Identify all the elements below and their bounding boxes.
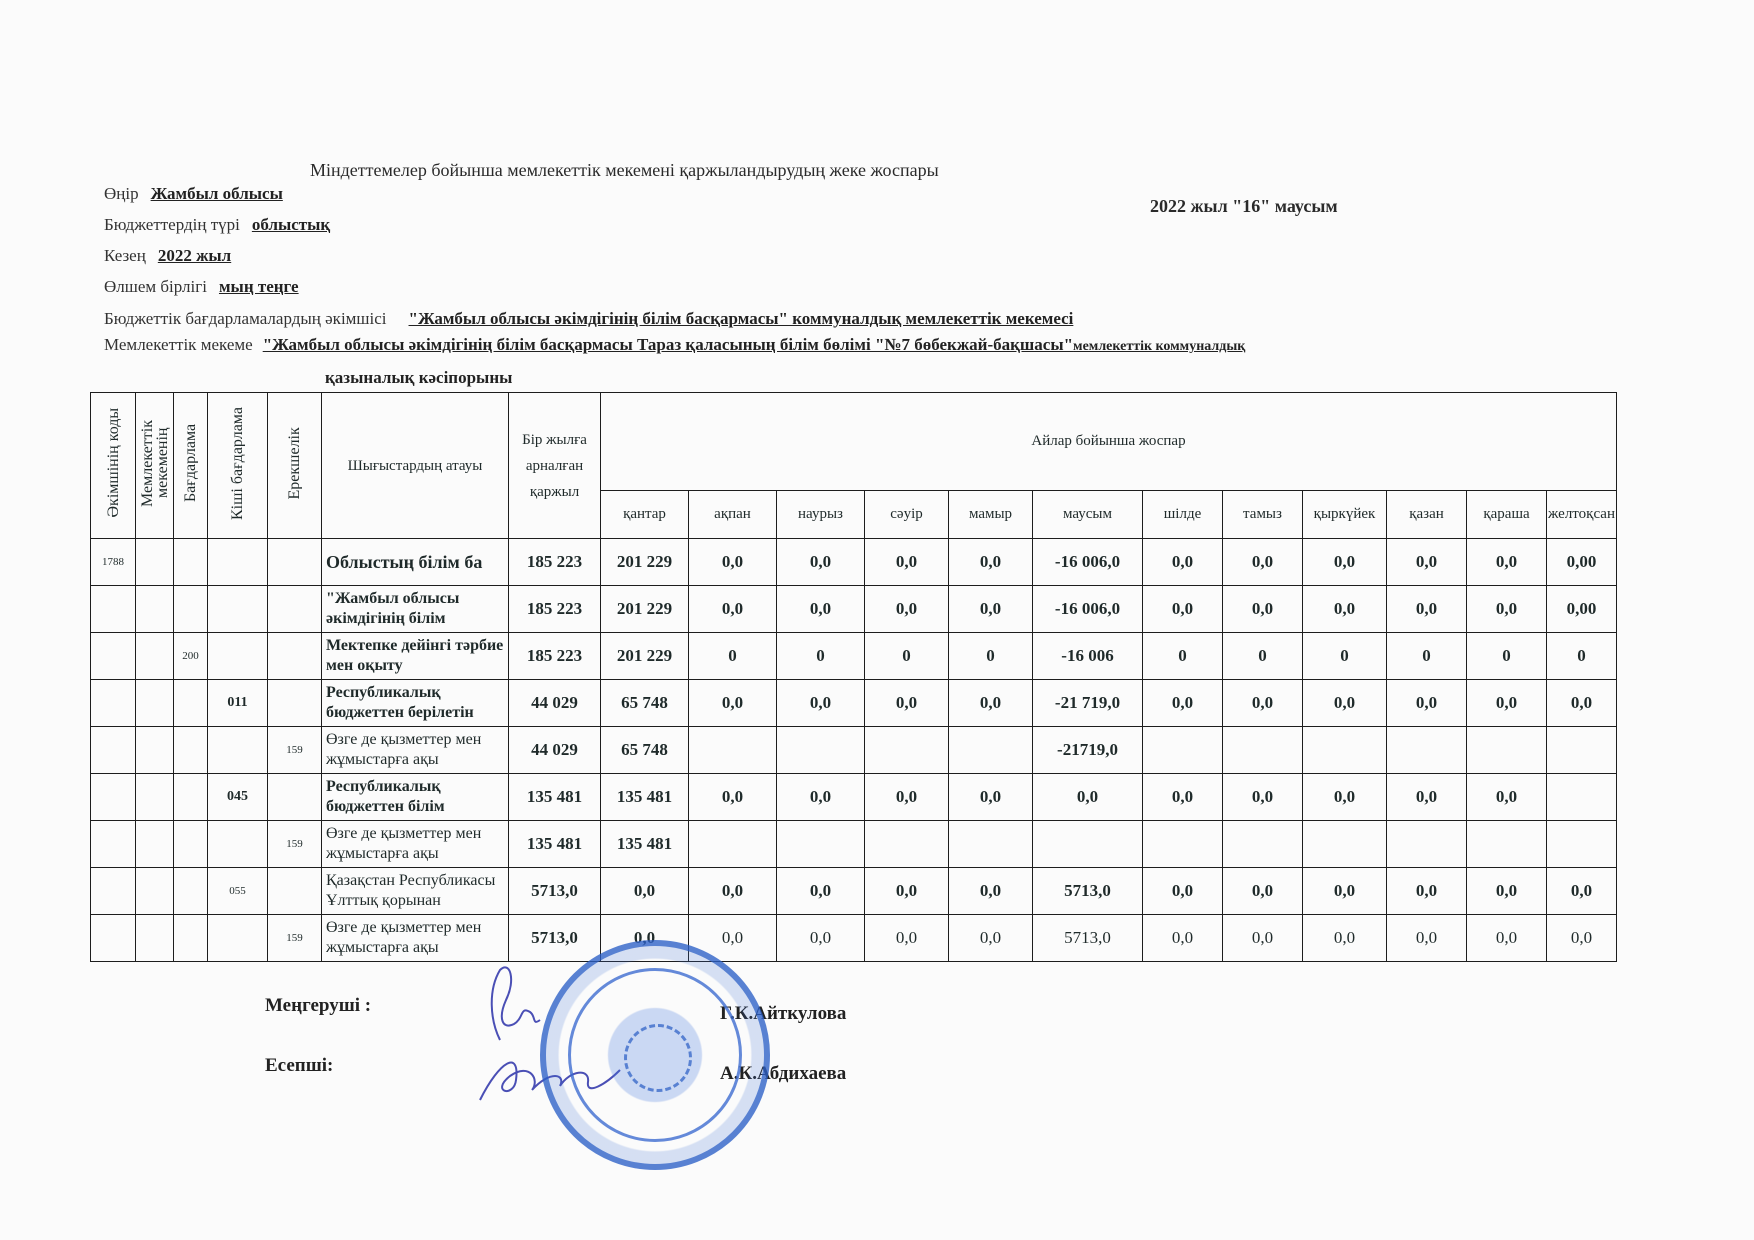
cell-month-value (1547, 821, 1617, 868)
cell-month-value: 0 (1467, 633, 1547, 680)
cell-program (174, 727, 208, 774)
month-header: қыркүйек (1303, 491, 1387, 539)
cell-month-value (1143, 727, 1223, 774)
cell-month-value: 0,0 (1143, 868, 1223, 915)
cell-specific: 159 (268, 915, 322, 962)
cell-month-value: 0,0 (777, 868, 865, 915)
cell-annual-amount: 185 223 (509, 633, 601, 680)
cell-program (174, 821, 208, 868)
cell-specific (268, 680, 322, 727)
cell-month-value: 0,0 (1143, 539, 1223, 586)
meta-region: ӨңірЖамбыл облысы (104, 184, 283, 204)
cell-month-value: 0,0 (949, 868, 1033, 915)
month-header: мамыр (949, 491, 1033, 539)
cell-month-value: 65 748 (601, 680, 689, 727)
cell-month-value: 0,0 (777, 680, 865, 727)
col-header-admin-code: Әкімшінің коды (91, 393, 136, 539)
cell-month-value (1303, 821, 1387, 868)
meta-value: мың теңге (219, 277, 299, 296)
cell-month-value: 0,0 (1143, 774, 1223, 821)
meta-institution: Мемлекеттік мекеме"Жамбыл облысы әкімдіг… (104, 335, 1245, 355)
col-header-annual: Бір жылға арналған қаржыл (509, 393, 601, 539)
cell-admin-code (91, 868, 136, 915)
cell-month-value: 0,0 (865, 774, 949, 821)
cell-annual-amount: 44 029 (509, 727, 601, 774)
cell-month-value: 0 (689, 633, 777, 680)
cell-admin-code (91, 821, 136, 868)
cell-specific: 159 (268, 821, 322, 868)
cell-month-value (1303, 727, 1387, 774)
cell-program (174, 680, 208, 727)
month-header: ақпан (689, 491, 777, 539)
cell-month-value: 0,0 (949, 680, 1033, 727)
cell-month-value: 0,0 (1467, 774, 1547, 821)
cell-subprogram (208, 727, 268, 774)
meta-value: 2022 жыл (158, 246, 231, 265)
cell-month-value: 0,0 (949, 539, 1033, 586)
cell-program (174, 915, 208, 962)
cell-month-value: 0,0 (1547, 680, 1617, 727)
cell-admin-code (91, 915, 136, 962)
cell-admin-code: 1788 (91, 539, 136, 586)
cell-month-value (865, 821, 949, 868)
cell-month-value: -21 719,0 (1033, 680, 1143, 727)
cell-month-value: 0,0 (689, 868, 777, 915)
cell-month-value: -16 006 (1033, 633, 1143, 680)
cell-month-value: 0 (1387, 633, 1467, 680)
cell-month-value (949, 727, 1033, 774)
cell-month-value: 0,0 (865, 680, 949, 727)
cell-annual-amount: 5713,0 (509, 868, 601, 915)
cell-month-value (1547, 727, 1617, 774)
col-header-program: Бағдарлама (174, 393, 208, 539)
cell-month-value: 0,0 (1467, 539, 1547, 586)
meta-value: Жамбыл облысы (151, 184, 283, 203)
cell-month-value: 0,0 (1387, 774, 1467, 821)
cell-month-value (1033, 821, 1143, 868)
cell-subprogram: 055 (208, 868, 268, 915)
col-header-name: Шығыстардың атауы (322, 393, 509, 539)
cell-month-value: 0,0 (1387, 868, 1467, 915)
cell-admin-code (91, 680, 136, 727)
table-row: 159Өзге де қызметтер мен жұмыстарға ақы4… (91, 727, 1617, 774)
cell-month-value: 0,0 (1387, 539, 1467, 586)
cell-expense-name: Қазақстан Республикасы Ұлттық қорынан (322, 868, 509, 915)
cell-expense-name: Республикалық бюджеттен білім (322, 774, 509, 821)
cell-annual-amount: 44 029 (509, 680, 601, 727)
col-header-months-group: Айлар бойынша жоспар (601, 393, 1617, 491)
cell-subprogram (208, 633, 268, 680)
meta-value-suffix: мемлекеттік коммуналдық (1073, 339, 1245, 354)
cell-month-value (949, 821, 1033, 868)
cell-specific (268, 633, 322, 680)
cell-month-value: 0,0 (1223, 586, 1303, 633)
cell-subprogram (208, 586, 268, 633)
table-row: "Жамбыл облысы әкімдігінің білім185 2232… (91, 586, 1617, 633)
cell-month-value: 0,0 (1303, 774, 1387, 821)
meta-label: Өлшем бірлігі (104, 277, 207, 296)
cell-month-value: 0,0 (1387, 915, 1467, 962)
cell-month-value: 65 748 (601, 727, 689, 774)
official-stamp-icon (540, 940, 770, 1170)
cell-month-value: 0,0 (1303, 539, 1387, 586)
meta-label: Кезең (104, 246, 146, 265)
cell-month-value: 201 229 (601, 586, 689, 633)
cell-month-value (1547, 774, 1617, 821)
cell-expense-name: Мектепке дейінгі тәрбие мен оқыту (322, 633, 509, 680)
cell-program (174, 868, 208, 915)
table-row: 200Мектепке дейінгі тәрбие мен оқыту185 … (91, 633, 1617, 680)
cell-specific: 159 (268, 727, 322, 774)
meta-period: Кезең2022 жыл (104, 246, 231, 266)
table-row: 045Республикалық бюджеттен білім135 4811… (91, 774, 1617, 821)
cell-program (174, 539, 208, 586)
meta-value: "Жамбыл облысы әкімдігінің білім басқарм… (263, 335, 1073, 354)
col-header-subprogram: Кіші бағдарлама (208, 393, 268, 539)
cell-month-value: 0 (777, 633, 865, 680)
cell-annual-amount: 185 223 (509, 586, 601, 633)
head-label: Меңгеруші : (265, 995, 371, 1017)
cell-month-value: 0,0 (1143, 586, 1223, 633)
document-date: 2022 жыл "16" маусым (1150, 196, 1338, 217)
cell-month-value: 135 481 (601, 821, 689, 868)
month-header: қантар (601, 491, 689, 539)
cell-subprogram (208, 539, 268, 586)
cell-month-value: 0,0 (1303, 915, 1387, 962)
cell-expense-name: "Жамбыл облысы әкімдігінің білім (322, 586, 509, 633)
cell-program (174, 774, 208, 821)
cell-month-value (777, 821, 865, 868)
cell-expense-name: Өзге де қызметтер мен жұмыстарға ақы (322, 821, 509, 868)
cell-institution (136, 868, 174, 915)
cell-month-value (1387, 821, 1467, 868)
cell-institution (136, 633, 174, 680)
cell-month-value: 0,0 (1547, 915, 1617, 962)
table-row: 011Республикалық бюджеттен берілетін44 0… (91, 680, 1617, 727)
cell-month-value: 0 (949, 633, 1033, 680)
cell-program: 200 (174, 633, 208, 680)
cell-month-value: 135 481 (601, 774, 689, 821)
cell-month-value: 0,0 (1303, 680, 1387, 727)
cell-institution (136, 821, 174, 868)
cell-month-value: 0,0 (1467, 586, 1547, 633)
cell-month-value: 0 (1547, 633, 1617, 680)
cell-expense-name: Өзге де қызметтер мен жұмыстарға ақы (322, 915, 509, 962)
meta-value: "Жамбыл облысы әкімдігінің білім басқарм… (409, 309, 1074, 328)
cell-month-value: 0,0 (1033, 774, 1143, 821)
cell-month-value: 0,0 (865, 915, 949, 962)
month-header: қараша (1467, 491, 1547, 539)
cell-month-value: 0 (865, 633, 949, 680)
cell-subprogram (208, 915, 268, 962)
meta-institution-continuation: қазыналық кәсіпорыны (325, 368, 512, 388)
cell-subprogram: 011 (208, 680, 268, 727)
cell-month-value: 0,0 (1303, 586, 1387, 633)
meta-label: Өңір (104, 184, 139, 203)
meta-administrator: Бюджеттік бағдарламалардың әкімшісі"Жамб… (104, 309, 1073, 329)
cell-month-value: 0,0 (949, 774, 1033, 821)
table-row: 159Өзге де қызметтер мен жұмыстарға ақы1… (91, 821, 1617, 868)
cell-month-value: 0,0 (777, 915, 865, 962)
month-header: маусым (1033, 491, 1143, 539)
cell-month-value: -16 006,0 (1033, 539, 1143, 586)
table-row: 055Қазақстан Республикасы Ұлттық қорынан… (91, 868, 1617, 915)
cell-month-value (865, 727, 949, 774)
cell-institution (136, 774, 174, 821)
cell-month-value: 0,0 (777, 539, 865, 586)
cell-month-value: -21719,0 (1033, 727, 1143, 774)
cell-month-value: 0,0 (777, 774, 865, 821)
cell-month-value: 0,0 (777, 586, 865, 633)
cell-month-value (1467, 727, 1547, 774)
cell-month-value: 0,0 (1143, 915, 1223, 962)
accountant-label: Есепші: (265, 1055, 333, 1077)
table-row: 1788Облыстың білім ба185 223201 2290,00,… (91, 539, 1617, 586)
cell-month-value: 0,0 (865, 868, 949, 915)
cell-subprogram (208, 821, 268, 868)
cell-month-value: 0 (1143, 633, 1223, 680)
cell-specific (268, 868, 322, 915)
cell-institution (136, 680, 174, 727)
month-header: наурыз (777, 491, 865, 539)
cell-month-value: 201 229 (601, 633, 689, 680)
cell-annual-amount: 5713,0 (509, 915, 601, 962)
cell-subprogram: 045 (208, 774, 268, 821)
cell-annual-amount: 135 481 (509, 821, 601, 868)
cell-month-value: 0,0 (1387, 586, 1467, 633)
col-header-specific: Ерекшелік (268, 393, 322, 539)
cell-month-value: 5713,0 (1033, 868, 1143, 915)
cell-month-value: 0,0 (1223, 680, 1303, 727)
cell-month-value: 5713,0 (1033, 915, 1143, 962)
cell-month-value: 201 229 (601, 539, 689, 586)
cell-month-value: 0,0 (689, 539, 777, 586)
meta-budget-type: Бюджеттердің түріоблыстық (104, 215, 330, 235)
cell-month-value: -16 006,0 (1033, 586, 1143, 633)
cell-admin-code (91, 586, 136, 633)
cell-month-value: 0,0 (689, 680, 777, 727)
month-header: тамыз (1223, 491, 1303, 539)
meta-label: Бюджеттердің түрі (104, 215, 240, 234)
cell-month-value: 0,0 (865, 586, 949, 633)
cell-month-value (1143, 821, 1223, 868)
table-row: 159Өзге де қызметтер мен жұмыстарға ақы5… (91, 915, 1617, 962)
cell-admin-code (91, 727, 136, 774)
cell-specific (268, 774, 322, 821)
cell-institution (136, 586, 174, 633)
cell-month-value: 0,0 (1223, 868, 1303, 915)
cell-institution (136, 727, 174, 774)
cell-institution (136, 539, 174, 586)
cell-month-value: 0,0 (949, 586, 1033, 633)
cell-month-value: 0,0 (1143, 680, 1223, 727)
cell-month-value: 0,0 (1303, 868, 1387, 915)
cell-month-value: 0 (1223, 633, 1303, 680)
col-header-institution: Мемлекеттік мекеменің (136, 393, 174, 539)
cell-month-value: 0,0 (1547, 868, 1617, 915)
cell-month-value (777, 727, 865, 774)
cell-month-value: 0,0 (1387, 680, 1467, 727)
cell-month-value (1467, 821, 1547, 868)
cell-annual-amount: 185 223 (509, 539, 601, 586)
cell-admin-code (91, 633, 136, 680)
cell-expense-name: Өзге де қызметтер мен жұмыстарға ақы (322, 727, 509, 774)
meta-label: Мемлекеттік мекеме (104, 335, 253, 354)
cell-expense-name: Республикалық бюджеттен берілетін (322, 680, 509, 727)
cell-month-value: 0,00 (1547, 586, 1617, 633)
document-title: Міндеттемелер бойынша мемлекеттік мекеме… (310, 160, 939, 181)
meta-unit: Өлшем бірлігімың теңге (104, 277, 299, 297)
cell-month-value: 0,0 (1223, 915, 1303, 962)
month-header: сәуір (865, 491, 949, 539)
head-signature-icon (470, 960, 550, 1050)
cell-month-value: 0,0 (601, 868, 689, 915)
cell-month-value (689, 821, 777, 868)
cell-month-value: 0,0 (1467, 868, 1547, 915)
meta-label: Бюджеттік бағдарламалардың әкімшісі (104, 309, 387, 328)
cell-month-value: 0,0 (1467, 915, 1547, 962)
cell-program (174, 586, 208, 633)
cell-month-value: 0 (1303, 633, 1387, 680)
cell-month-value: 0,0 (1467, 680, 1547, 727)
cell-month-value: 0,0 (865, 539, 949, 586)
month-header: шілде (1143, 491, 1223, 539)
cell-admin-code (91, 774, 136, 821)
meta-value: облыстық (252, 215, 330, 234)
cell-specific (268, 539, 322, 586)
cell-annual-amount: 135 481 (509, 774, 601, 821)
cell-specific (268, 586, 322, 633)
cell-expense-name: Облыстың білім ба (322, 539, 509, 586)
cell-month-value (1223, 727, 1303, 774)
cell-month-value: 0,00 (1547, 539, 1617, 586)
cell-month-value: 0,0 (1223, 539, 1303, 586)
cell-month-value (1223, 821, 1303, 868)
cell-month-value: 0,0 (689, 586, 777, 633)
cell-month-value: 0,0 (1223, 774, 1303, 821)
month-header: желтоқсан (1547, 491, 1617, 539)
cell-month-value: 0,0 (949, 915, 1033, 962)
cell-month-value: 0,0 (689, 774, 777, 821)
month-header: қазан (1387, 491, 1467, 539)
cell-month-value (689, 727, 777, 774)
financing-plan-table: Әкімшінің коды Мемлекеттік мекеменің Бағ… (90, 392, 1617, 962)
cell-institution (136, 915, 174, 962)
cell-month-value (1387, 727, 1467, 774)
